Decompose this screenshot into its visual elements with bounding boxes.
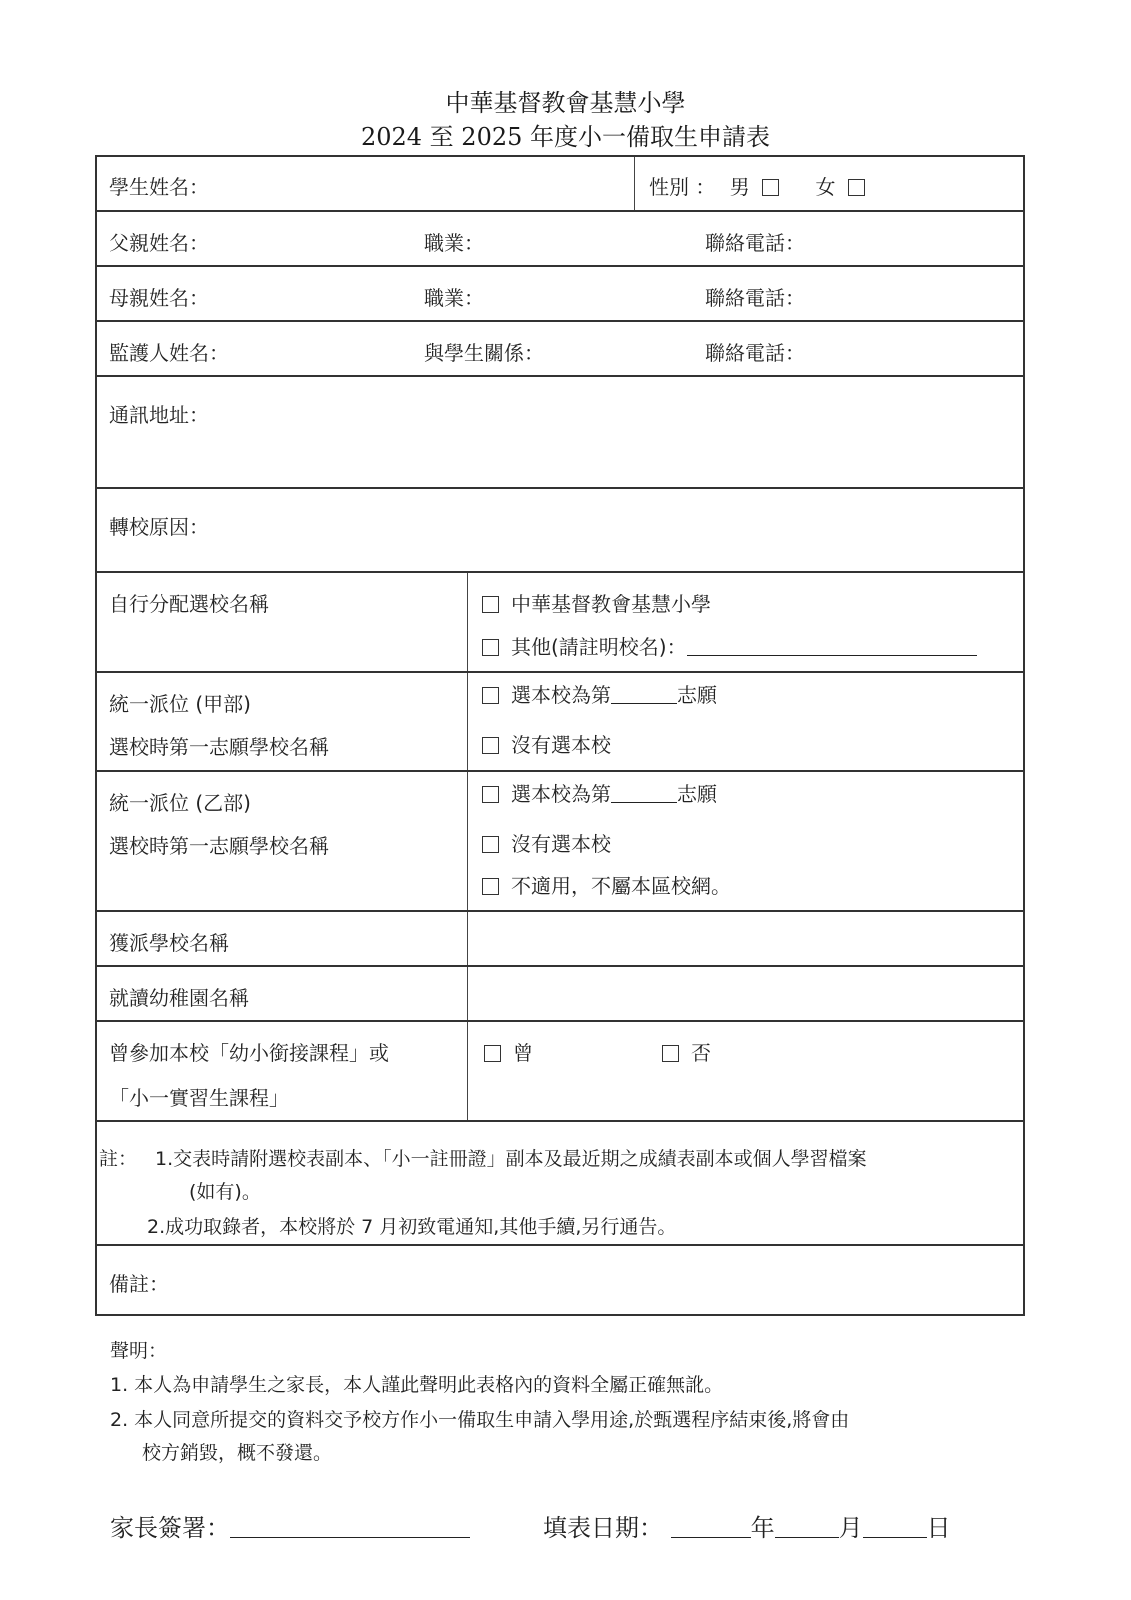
gender-label: 性別 ： (649, 175, 715, 199)
central-a-choice-checkbox[interactable] (482, 687, 499, 704)
central-a-label-line2: 選校時第一志願學校名稱 (109, 731, 329, 760)
row-father: 父親姓名： 職業： 聯絡電話： (97, 212, 1023, 267)
row-guardian: 監護人姓名： 與學生關係： 聯絡電話： (97, 322, 1023, 377)
row-bridging-course: 曾參加本校「幼小銜接課程」或 「小一實習生課程」 曾 否 (97, 1022, 1023, 1122)
fill-date: 填表日期： 年月日 (543, 1508, 951, 1543)
guardian-relation-label: 與學生關係： (424, 337, 544, 366)
notes-item1-line1: 1.交表時請附選校表副本、「小一註冊證」副本及最近期之成績表副本或個人學習檔案 (155, 1144, 867, 1171)
declaration-item2-line2: 校方銷毀，概不發還。 (142, 1438, 332, 1465)
gender-female-checkbox[interactable] (848, 179, 865, 196)
notes-item1-line2: (如有)。 (189, 1177, 261, 1204)
discretionary-our-school-checkbox[interactable] (482, 596, 499, 613)
declaration-title: 聲明： (110, 1336, 167, 1363)
central-a-none-checkbox[interactable] (482, 737, 499, 754)
central-b-choice-checkbox[interactable] (482, 786, 499, 803)
allocated-school-label: 獲派學校名稱 (109, 927, 229, 956)
row-mother: 母親姓名： 職業： 聯絡電話： (97, 267, 1023, 322)
course-label-line1: 曾參加本校「幼小銜接課程」或 (109, 1037, 389, 1066)
central-a-option-none: 沒有選本校 (482, 729, 611, 758)
course-yes-checkbox[interactable] (484, 1045, 501, 1062)
father-job-label: 職業： (424, 227, 484, 256)
central-b-label-line1: 統一派位 (乙部) (109, 787, 251, 816)
central-a-choice-rank-field[interactable] (611, 685, 677, 704)
other-school-name-field[interactable] (687, 637, 977, 656)
row-allocated-school: 獲派學校名稱 (97, 912, 1023, 967)
transfer-reason-label: 轉校原因： (109, 511, 209, 540)
date-month-field[interactable] (775, 1513, 839, 1538)
gender-male-label: 男 (730, 175, 750, 199)
mother-phone-label: 聯絡電話： (705, 282, 805, 311)
father-phone-label: 聯絡電話： (705, 227, 805, 256)
discretionary-option-our-school: 中華基督教會基慧小學 (482, 588, 711, 617)
student-name-label: 學生姓名： (109, 171, 209, 200)
declaration-item2-line1: 2. 本人同意所提交的資料交予校方作小一備取生申請入學用途,於甄選程序結束後,將… (110, 1405, 849, 1432)
gender-female-label: 女 (815, 175, 835, 199)
gender-male-checkbox[interactable] (762, 179, 779, 196)
central-a-label-line1: 統一派位 (甲部) (109, 688, 251, 717)
row-transfer-reason: 轉校原因： (97, 489, 1023, 573)
application-form: 學生姓名： 性別 ： 男 女 父親姓名： 職業： 聯絡電話： 母親姓名： 職業：… (95, 155, 1025, 1316)
central-b-na-checkbox[interactable] (482, 878, 499, 895)
row-remarks: 備註： (97, 1246, 1023, 1314)
date-day-field[interactable] (863, 1513, 927, 1538)
mother-name-label: 母親姓名： (109, 282, 209, 311)
parent-signature-field[interactable] (230, 1513, 470, 1538)
course-no-checkbox[interactable] (662, 1045, 679, 1062)
row-student: 學生姓名： 性別 ： 男 女 (97, 157, 1023, 212)
kindergarten-label: 就讀幼稚園名稱 (109, 982, 249, 1011)
discretionary-label: 自行分配選校名稱 (109, 588, 269, 617)
address-label: 通訊地址： (109, 399, 209, 428)
fill-date-label: 填表日期： (543, 1514, 663, 1542)
mother-job-label: 職業： (424, 282, 484, 311)
row-notes: 註： 1.交表時請附選校表副本、「小一註冊證」副本及最近期之成績表副本或個人學習… (97, 1122, 1023, 1246)
remarks-label: 備註： (109, 1268, 169, 1297)
parent-signature: 家長簽署： (110, 1508, 470, 1543)
guardian-phone-label: 聯絡電話： (705, 337, 805, 366)
gender-group: 性別 ： 男 女 (649, 171, 877, 200)
course-option-yes: 曾 (484, 1037, 533, 1066)
row-kindergarten: 就讀幼稚園名稱 (97, 967, 1023, 1022)
discretionary-other-checkbox[interactable] (482, 639, 499, 656)
school-name: 中華基督教會基慧小學 (0, 88, 1131, 118)
central-b-option-na: 不適用，不屬本區校網。 (482, 870, 731, 899)
declaration-item1: 1. 本人為申請學生之家長，本人謹此聲明此表格內的資料全屬正確無訛。 (110, 1370, 723, 1397)
parent-signature-label: 家長簽署： (110, 1514, 230, 1542)
central-b-option-choice: 選本校為第志願 (482, 778, 717, 807)
date-year-field[interactable] (671, 1513, 751, 1538)
father-name-label: 父親姓名： (109, 227, 209, 256)
central-a-option-choice: 選本校為第志願 (482, 679, 717, 708)
row-central-allocation-a: 統一派位 (甲部) 選校時第一志願學校名稱 選本校為第志願 沒有選本校 (97, 673, 1023, 772)
central-b-label-line2: 選校時第一志願學校名稱 (109, 830, 329, 859)
central-b-option-none: 沒有選本校 (482, 828, 611, 857)
row-discretionary: 自行分配選校名稱 中華基督教會基慧小學 其他(請註明校名)： (97, 573, 1023, 673)
course-label-line2: 「小一實習生課程」 (109, 1082, 289, 1111)
course-option-no: 否 (662, 1037, 711, 1066)
row-address: 通訊地址： (97, 377, 1023, 489)
discretionary-option-other: 其他(請註明校名)： (482, 631, 977, 660)
form-title: 2024 至 2025 年度小一備取生申請表 (0, 122, 1131, 152)
notes-item2: 2.成功取錄者，本校將於 7 月初致電通知,其他手續,另行通告。 (147, 1212, 676, 1239)
row-central-allocation-b: 統一派位 (乙部) 選校時第一志願學校名稱 選本校為第志願 沒有選本校 不適用，… (97, 772, 1023, 912)
notes-prefix: 註： (99, 1144, 137, 1171)
guardian-name-label: 監護人姓名： (109, 337, 229, 366)
central-b-choice-rank-field[interactable] (611, 784, 677, 803)
central-b-none-checkbox[interactable] (482, 836, 499, 853)
